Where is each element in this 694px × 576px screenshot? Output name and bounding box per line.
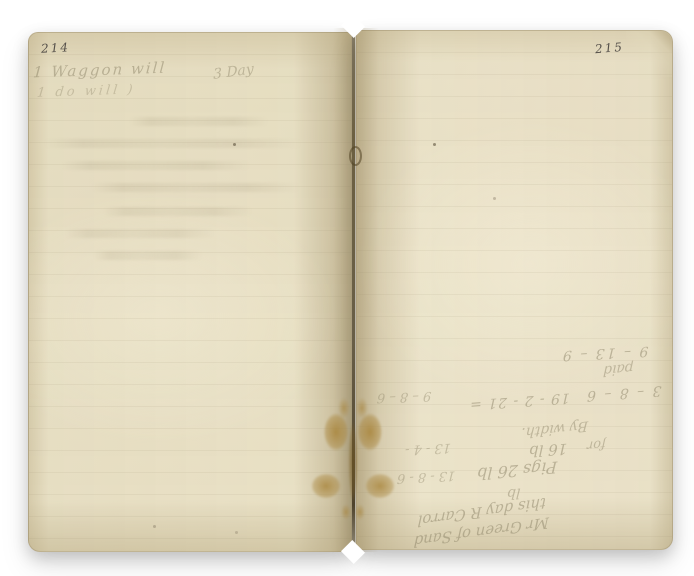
paper-speck <box>153 525 156 528</box>
page-number-left: 214 <box>41 40 71 55</box>
inverted-note-for: for <box>587 436 606 453</box>
open-notebook: 214 1 Waggon will 3 Day 1 do will ) 215 … <box>28 28 672 552</box>
illegible-ghost-writing <box>65 229 215 238</box>
illegible-ghost-writing <box>129 117 269 126</box>
illegible-ghost-writing <box>91 183 301 192</box>
paper-speck <box>235 531 238 534</box>
paper-speck <box>493 197 496 200</box>
page-number-right: 215 <box>595 40 625 56</box>
curled-corner <box>626 31 672 77</box>
illegible-ghost-writing <box>61 161 251 170</box>
illegible-ghost-writing <box>103 207 253 216</box>
stitching-thread <box>349 146 362 166</box>
paper-speck <box>233 143 236 146</box>
ink-stain <box>286 392 420 526</box>
illegible-ghost-writing <box>93 251 203 260</box>
paper-speck <box>433 143 436 146</box>
illegible-ghost-writing <box>43 139 303 148</box>
inverted-note-paid: paid <box>603 359 634 378</box>
